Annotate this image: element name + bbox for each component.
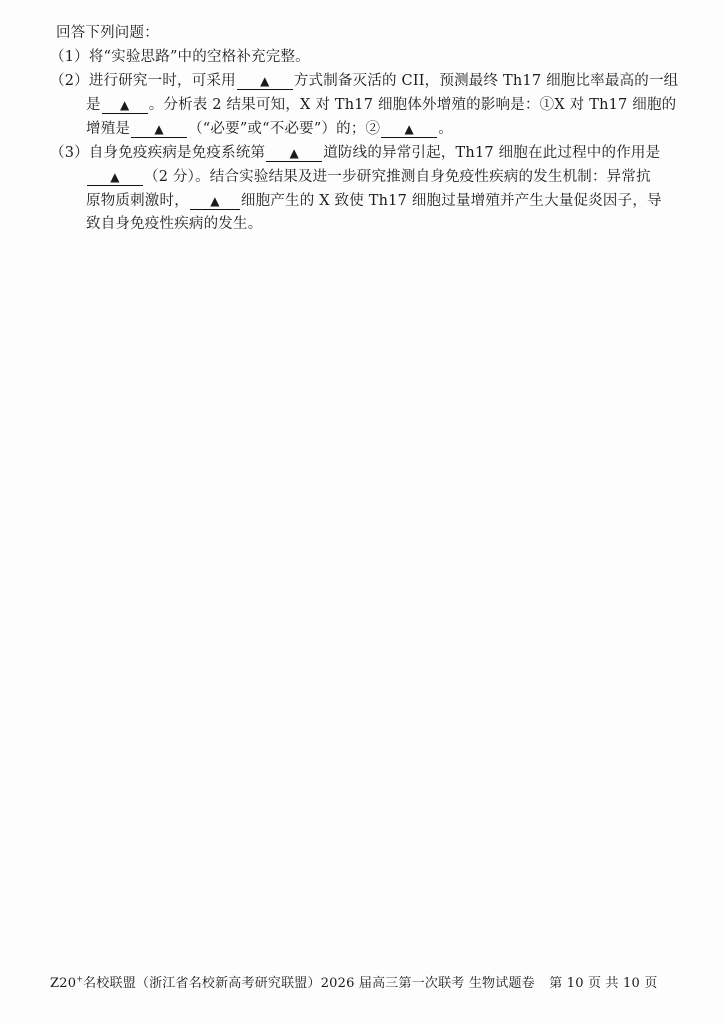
- question-text: 道防线的异常引起，Th17 细胞在此过程中的作用是: [323, 145, 660, 161]
- exam-title: 名校联盟（浙江省名校新高考研究联盟）2026 届高三第一次联考 生物试题卷: [83, 976, 535, 991]
- question-text: 是: [86, 97, 101, 113]
- question-text: （2 分）。结合实验结果及进一步研究推测自身免疫性疾病的发生机制：异常抗: [144, 169, 651, 185]
- question-text: 细胞产生的 X 致使 Th17 细胞过量增殖并产生大量促炎因子，导: [241, 193, 662, 209]
- question-2-line-1: （2）进行研究一时，可采用▲方式制备灭活的 CII，预测最终 Th17 细胞比率…: [50, 71, 678, 91]
- answer-blank[interactable]: ▲: [102, 97, 148, 114]
- question-text: 将“实验思路”中的空格补充完整。: [89, 49, 310, 65]
- triangle-marker-icon: ▲: [210, 194, 219, 208]
- question-number: （2）: [50, 73, 89, 89]
- triangle-marker-icon: ▲: [110, 170, 119, 184]
- question-2-line-2: 是▲。分析表 2 结果可知，X 对 Th17 细胞体外增殖的影响是：①X 对 T…: [86, 95, 676, 115]
- question-1: （1）将“实验思路”中的空格补充完整。: [50, 47, 310, 67]
- answer-blank[interactable]: ▲: [131, 121, 187, 138]
- triangle-marker-icon: ▲: [260, 74, 269, 88]
- question-text: 增殖是: [86, 121, 130, 137]
- answer-blank[interactable]: ▲: [87, 169, 143, 186]
- question-3-line-3: 原物质刺激时，▲细胞产生的 X 致使 Th17 细胞过量增殖并产生大量促炎因子，…: [86, 191, 662, 211]
- answer-blank[interactable]: ▲: [266, 145, 322, 162]
- answer-blank[interactable]: ▲: [381, 121, 437, 138]
- intro-text: 回答下列问题：: [56, 23, 159, 43]
- question-text: 致自身免疫性疾病的发生。: [86, 216, 262, 232]
- brand-label: Z20: [50, 976, 76, 991]
- question-text: 原物质刺激时，: [86, 193, 189, 209]
- question-text: 。分析表 2 结果可知，X 对 Th17 细胞体外增殖的影响是：①X 对 Th1…: [149, 97, 677, 113]
- question-text: （“必要”或“不必要”）的；②: [188, 121, 380, 137]
- triangle-marker-icon: ▲: [405, 122, 414, 136]
- question-text: 。: [438, 121, 453, 137]
- triangle-marker-icon: ▲: [120, 98, 129, 112]
- page-number: 第 10 页 共 10 页: [549, 976, 657, 991]
- triangle-marker-icon: ▲: [154, 122, 163, 136]
- question-3-line-4: 致自身免疫性疾病的发生。: [86, 214, 262, 234]
- exam-page: 回答下列问题： （1）将“实验思路”中的空格补充完整。 （2）进行研究一时，可采…: [0, 0, 725, 1024]
- question-3-line-2: ▲（2 分）。结合实验结果及进一步研究推测自身免疫性疾病的发生机制：异常抗: [86, 167, 651, 187]
- intro-label: 回答下列问题：: [56, 25, 159, 41]
- answer-blank[interactable]: ▲: [237, 73, 293, 90]
- question-number: （1）: [50, 49, 89, 65]
- question-text: 自身免疫疾病是免疫系统第: [89, 145, 265, 161]
- question-text: 方式制备灭活的 CII，预测最终 Th17 细胞比率最高的一组: [294, 73, 679, 89]
- question-text: 进行研究一时，可采用: [89, 73, 236, 89]
- question-2-line-3: 增殖是▲（“必要”或“不必要”）的；②▲。: [86, 119, 453, 139]
- triangle-marker-icon: ▲: [290, 146, 299, 160]
- page-footer: Z20+名校联盟（浙江省名校新高考研究联盟）2026 届高三第一次联考 生物试题…: [50, 972, 658, 991]
- question-3-line-1: （3）自身免疫疾病是免疫系统第▲道防线的异常引起，Th17 细胞在此过程中的作用…: [50, 143, 660, 163]
- question-number: （3）: [50, 145, 89, 161]
- answer-blank[interactable]: ▲: [190, 193, 240, 210]
